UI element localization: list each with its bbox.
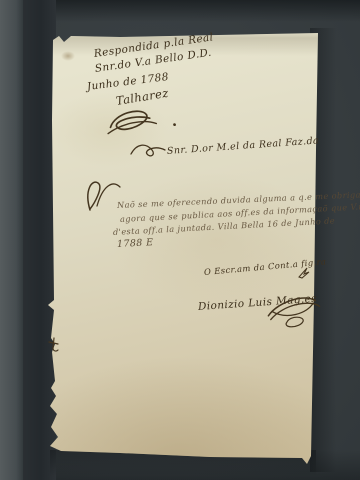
handwriting-layer: Respondida p.la Real Snr.do V.a Bello D.… [0,0,360,480]
body-date-line: 1788 E [117,237,154,250]
signature-rubric-icon [264,290,325,332]
photo-stage: Respondida p.la Real Snr.do V.a Bello D.… [0,0,360,480]
paraph-flourish-icon [103,102,182,140]
salutation-line: Snr. D.or M.el da Real Faz.da [167,135,320,157]
edge-stray-mark-icon [46,336,62,354]
ink-mark-icon [296,265,312,281]
salutation-swash-icon [129,141,167,161]
